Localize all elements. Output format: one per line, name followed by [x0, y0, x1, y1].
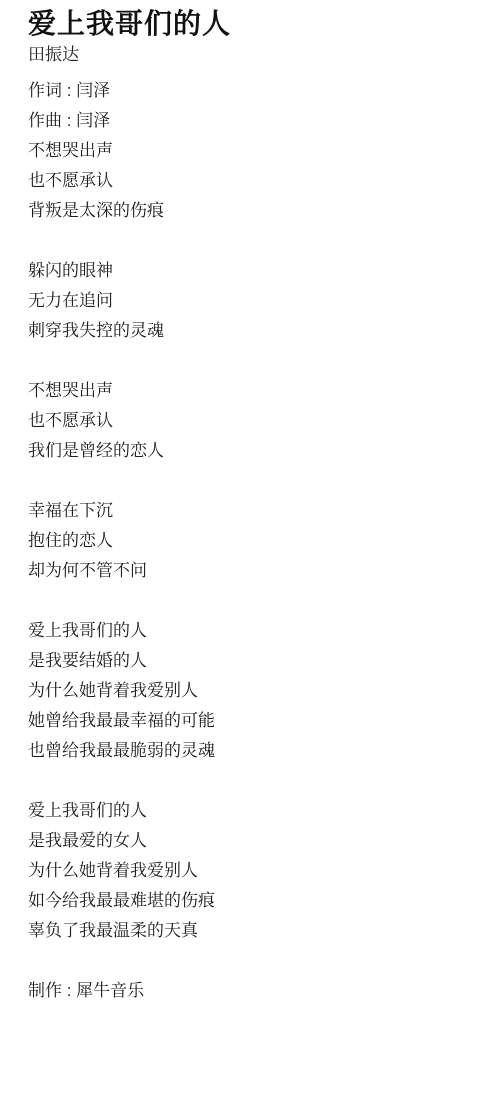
- stanza: 爱上我哥们的人是我要结婚的人为什么她背着我爱别人她曾给我最最幸福的可能也曾给我最…: [28, 616, 472, 766]
- lyric-line: 为什么她背着我爱别人: [28, 856, 472, 886]
- stanza: 躲闪的眼神无力在追问刺穿我失控的灵魂: [28, 256, 472, 346]
- lyric-line: 却为何不管不问: [28, 556, 472, 586]
- lyrics-body: 作词 : 闫泽作曲 : 闫泽不想哭出声也不愿承认背叛是太深的伤痕躲闪的眼神无力在…: [28, 76, 472, 1006]
- lyric-line: 背叛是太深的伤痕: [28, 196, 472, 226]
- lyrics-page: 爱上我哥们的人 田振达 作词 : 闫泽作曲 : 闫泽不想哭出声也不愿承认背叛是太…: [0, 0, 500, 1006]
- lyric-line: 幸福在下沉: [28, 496, 472, 526]
- artist-name: 田振达: [28, 42, 472, 68]
- lyric-line: 她曾给我最最幸福的可能: [28, 706, 472, 736]
- lyric-line: 作词 : 闫泽: [28, 76, 472, 106]
- lyric-line: 辜负了我最温柔的天真: [28, 916, 472, 946]
- stanza: 爱上我哥们的人是我最爱的女人为什么她背着我爱别人如今给我最最难堪的伤痕辜负了我最…: [28, 796, 472, 946]
- lyric-line: 作曲 : 闫泽: [28, 106, 472, 136]
- lyric-line: 如今给我最最难堪的伤痕: [28, 886, 472, 916]
- lyric-line: 是我最爱的女人: [28, 826, 472, 856]
- lyric-line: 我们是曾经的恋人: [28, 436, 472, 466]
- lyric-line: 爱上我哥们的人: [28, 796, 472, 826]
- lyric-line: 爱上我哥们的人: [28, 616, 472, 646]
- stanza: 幸福在下沉抱住的恋人却为何不管不问: [28, 496, 472, 586]
- lyric-line: 无力在追问: [28, 286, 472, 316]
- lyric-line: 刺穿我失控的灵魂: [28, 316, 472, 346]
- lyric-line: 也不愿承认: [28, 406, 472, 436]
- lyric-line: 不想哭出声: [28, 376, 472, 406]
- lyric-line: 为什么她背着我爱别人: [28, 676, 472, 706]
- lyric-line: 也不愿承认: [28, 166, 472, 196]
- lyric-line: 也曾给我最最脆弱的灵魂: [28, 736, 472, 766]
- lyric-line: 不想哭出声: [28, 136, 472, 166]
- lyric-line: 躲闪的眼神: [28, 256, 472, 286]
- lyric-line: 是我要结婚的人: [28, 646, 472, 676]
- stanza: 不想哭出声也不愿承认我们是曾经的恋人: [28, 376, 472, 466]
- lyric-line: 抱住的恋人: [28, 526, 472, 556]
- stanza: 制作 : 犀牛音乐: [28, 976, 472, 1006]
- stanza: 作词 : 闫泽作曲 : 闫泽不想哭出声也不愿承认背叛是太深的伤痕: [28, 76, 472, 226]
- lyric-line: 制作 : 犀牛音乐: [28, 976, 472, 1006]
- song-title: 爱上我哥们的人: [28, 6, 472, 42]
